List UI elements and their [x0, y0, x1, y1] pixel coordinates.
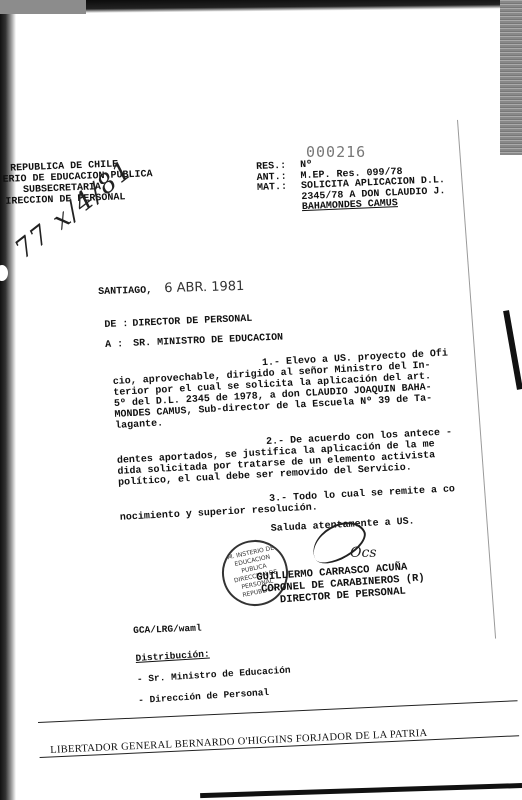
- scan-left-shadow: [0, 14, 16, 800]
- scan-bottom-shadow: [200, 783, 522, 798]
- place: SANTIAGO,: [98, 285, 152, 298]
- date-stamp: 6 ABR. 1981: [164, 279, 245, 296]
- scan-right-mark: [503, 310, 522, 390]
- reference-initials: GCA/LRG/waml: [133, 623, 202, 636]
- from-value: DIRECTOR DE PERSONAL: [132, 314, 252, 330]
- page-fold-line: [457, 120, 496, 639]
- from-label: DE :: [104, 315, 127, 336]
- letter-body: 1.- Elevo a US. proyecto de Ofi cio, apr…: [112, 349, 451, 543]
- ref-mat-label: MAT.:: [257, 182, 301, 194]
- distribution-list: Distribución: - Sr. Ministro de Educació…: [135, 639, 292, 711]
- to-value: SR. MINISTRO DE EDUCACION: [133, 333, 283, 350]
- reference-block: RES.: Nº ANT.: M.EP. Res. 099/78 MAT.: S…: [256, 155, 446, 215]
- date-line: SANTIAGO, 6 ABR. 1981: [98, 279, 245, 298]
- signature-scribble: Ocs: [350, 545, 377, 561]
- scanned-document-page: 000216 REPUBLICA DE CHILE ERIO DE EDUCAC…: [0, 0, 522, 800]
- scan-top-tab: [0, 0, 86, 14]
- from-to-block: DE : DIRECTOR DE PERSONAL A : SR. MINIST…: [104, 309, 284, 356]
- to-label: A :: [105, 335, 128, 356]
- scan-right-edge: [500, 0, 522, 155]
